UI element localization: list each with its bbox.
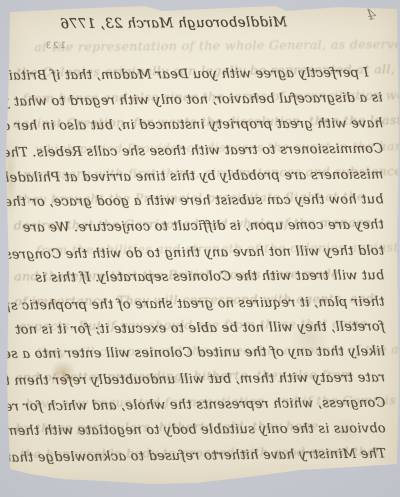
dateline: Middleborough March 23, 1776 [12,13,384,32]
letter-paper: at the representation of the whole Gener… [0,0,400,497]
manuscript-line: missioners are probably by this time arr… [13,162,383,191]
mirrored-ink-layer: Middleborough March 23, 1776 123 4 I per… [12,0,388,497]
manuscript-line: I perfectly agree with you Dear Madam, t… [12,60,382,89]
manuscript-line: Commissioners to treat with those she ca… [13,137,383,166]
page-number: 123 [44,41,66,51]
pencil-corner-mark: 4 [365,5,377,24]
manuscript-line: have with great propriety instanced in, … [13,111,383,139]
manuscript-line: their plan, it requires no great share o… [14,289,384,318]
manuscript-line: but how they can subsist here with a goo… [14,187,384,215]
manuscript-line: obvious is the only suitable body to neg… [15,416,385,444]
scan-background: at the representation of the whole Gener… [0,0,400,497]
manuscript-line: rate treaty with them, but will undoubte… [15,365,385,394]
letter-body: I perfectly agree with you Dear Madam, t… [12,60,386,470]
manuscript-line: likely that any of the united Colonies w… [15,340,385,368]
manuscript-line: they are come upon, is difficult to conj… [14,213,384,242]
manuscript-line: The Ministry have hitherto refused to ac… [16,442,386,471]
manuscript-line: but will treat with the Colonies separat… [14,263,384,291]
paper-content: at the representation of the whole Gener… [0,0,400,497]
